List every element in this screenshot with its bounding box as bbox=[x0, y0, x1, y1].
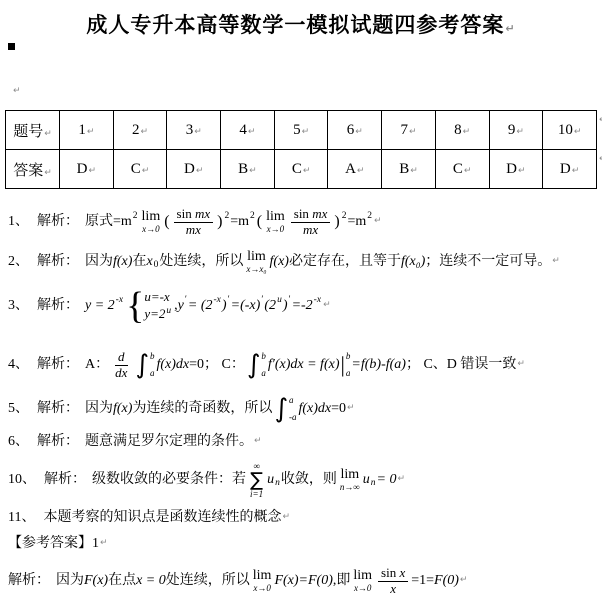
text: 因为 bbox=[85, 400, 113, 418]
integral-lower: -a bbox=[289, 412, 297, 423]
bar-limits: ba bbox=[346, 351, 351, 379]
integral-limits: ba bbox=[150, 351, 155, 379]
text: 本题考察的知识点是函数连续性的概念 bbox=[43, 509, 281, 527]
title-text: 成人专升本高等数学一模拟试题四参考答案 bbox=[86, 14, 504, 37]
cell-text: 1 bbox=[78, 122, 86, 138]
item-number: 11、 bbox=[8, 509, 35, 527]
math-text: sin bbox=[381, 565, 396, 580]
math-text: = 0 bbox=[377, 471, 397, 489]
case-row: y=2u bbox=[144, 306, 172, 323]
fraction-numerator: sin x bbox=[378, 566, 408, 582]
math-text: y = 2 bbox=[85, 297, 115, 315]
text: ,即 bbox=[333, 572, 351, 590]
cell-text: B bbox=[399, 161, 409, 177]
solution-line-3: 3、 解析： y = 2-x { u=-x y=2u , y′ = (2-x )… bbox=[8, 279, 602, 333]
table-cell: B↵ bbox=[382, 150, 436, 189]
integral: ∫a-a bbox=[274, 395, 296, 423]
fraction-denominator: dx bbox=[112, 366, 130, 381]
math-text: =0 bbox=[331, 400, 346, 418]
evaluation-bar: |ba bbox=[341, 351, 351, 379]
math-sub: 0 bbox=[154, 260, 159, 272]
lim-sub: x→x₀ bbox=[246, 265, 266, 274]
table-cell: D↵ bbox=[489, 150, 543, 189]
solution-line-10: 10、 解析： 级数收敛的必要条件：若 ∞∑i=1 un 收敛，则 limn→∞… bbox=[8, 455, 602, 505]
math-sup: ′ bbox=[228, 295, 230, 307]
text: 在 bbox=[132, 253, 146, 271]
paragraph-mark: ↵ bbox=[44, 129, 52, 139]
table-cell: 2↵ bbox=[113, 111, 167, 150]
item-number: 10、 bbox=[8, 471, 36, 489]
bar-upper: b bbox=[346, 351, 351, 362]
answers-table: 题号↵ 1↵ 2↵ 3↵ 4↵ 5↵ 6↵ 7↵ 8↵ 9↵ 10↵ 答案↵ D… bbox=[5, 110, 597, 189]
lim-word: lim bbox=[353, 569, 372, 583]
paragraph-mark: ↵ bbox=[282, 512, 290, 523]
table-row-question-numbers: 题号↵ 1↵ 2↵ 3↵ 4↵ 5↵ 6↵ 7↵ 8↵ 9↵ 10↵ bbox=[6, 111, 597, 150]
bar-icon: | bbox=[341, 354, 345, 376]
limit-block: limx→0 bbox=[253, 569, 272, 593]
math-sup: -x bbox=[214, 295, 221, 307]
jiexi-label: 解析： bbox=[37, 356, 79, 374]
paragraph-mark: ↵ bbox=[87, 127, 95, 137]
table-cell: B↵ bbox=[221, 150, 275, 189]
math-text: f(x)dx bbox=[156, 356, 189, 374]
text: 处连续，所以 bbox=[159, 253, 243, 271]
integral-upper: a bbox=[289, 395, 297, 406]
solutions-section: 1、 解析： 原式=m2 limx→0 ( sin mxmx )2 =m2 ( … bbox=[0, 199, 602, 605]
table-cell: C↵ bbox=[435, 150, 489, 189]
text: A： bbox=[85, 356, 109, 374]
paragraph-mark: ↵ bbox=[254, 436, 262, 447]
math-text: f(x) bbox=[113, 400, 132, 418]
fraction-denominator: x bbox=[387, 582, 399, 597]
math-text: F(0) bbox=[434, 572, 459, 590]
table-cell: A↵ bbox=[328, 150, 382, 189]
paragraph-mark: ↵ bbox=[505, 22, 515, 35]
math-text: =f(b)-f(a) bbox=[351, 356, 406, 374]
jiexi-label: 解析： bbox=[37, 400, 79, 418]
limit-block: limx→x₀ bbox=[246, 250, 266, 274]
integral-icon: ∫ bbox=[274, 396, 288, 422]
math-text: =m bbox=[230, 213, 249, 231]
paragraph-mark: ↵ bbox=[464, 166, 472, 176]
paren: ) bbox=[217, 212, 222, 232]
table-cell: D↵ bbox=[543, 150, 597, 189]
paragraph-mark: ↵ bbox=[355, 127, 363, 137]
cell-text: D bbox=[184, 161, 195, 177]
table-cell: 10↵ bbox=[543, 111, 597, 150]
table-cell: 9↵ bbox=[489, 111, 543, 150]
table-cell: C↵ bbox=[113, 150, 167, 189]
math-sup: 2 bbox=[367, 211, 372, 223]
text: 必定存在，且等于 bbox=[289, 253, 401, 271]
lim-sub: n→∞ bbox=[340, 483, 360, 492]
math-text: f(x) bbox=[270, 253, 289, 271]
math-sup: 2 bbox=[224, 211, 229, 223]
cell-text: 题号 bbox=[13, 124, 43, 140]
sigma-icon: ∑ bbox=[250, 471, 263, 490]
document-page: 成人专升本高等数学一模拟试题四参考答案↵ ↵ ↵ ↵ 题号↵ 1↵ 2↵ 3↵ … bbox=[0, 0, 602, 612]
jiexi-label: 解析： bbox=[37, 297, 79, 315]
fraction: sin mxmx bbox=[291, 207, 331, 238]
table-cell: 1↵ bbox=[60, 111, 114, 150]
fraction-denominator: mx bbox=[300, 223, 321, 238]
integral-upper: b bbox=[150, 351, 155, 362]
math-sup: 2 bbox=[133, 211, 138, 223]
integral: ∫ba bbox=[135, 351, 154, 379]
math-text: mx bbox=[312, 206, 327, 221]
table-cell: D↵ bbox=[167, 150, 221, 189]
paragraph-mark: ↵ bbox=[552, 256, 560, 267]
math-text: (2 bbox=[264, 297, 276, 315]
math-text: y bbox=[178, 297, 184, 315]
cell-text: 9 bbox=[508, 122, 516, 138]
text: 收敛，则 bbox=[281, 471, 337, 489]
paragraph-mark: ↵ bbox=[572, 166, 580, 176]
cell-text: C bbox=[131, 161, 141, 177]
math-text: x bbox=[399, 565, 405, 580]
math-sub: n bbox=[371, 478, 376, 490]
table-cell: C↵ bbox=[274, 150, 328, 189]
math-text: sin bbox=[177, 206, 192, 221]
paragraph-mark: ↵ bbox=[100, 538, 108, 549]
math-sup: 2 bbox=[342, 211, 347, 223]
fraction: sin xx bbox=[378, 566, 408, 597]
sum-lower: i=1 bbox=[250, 490, 263, 499]
math-text: f(x)dx bbox=[298, 400, 331, 418]
bar-lower: a bbox=[346, 368, 351, 379]
paragraph-mark: ↵ bbox=[88, 166, 96, 176]
fraction: sin mxmx bbox=[174, 207, 214, 238]
paragraph-mark: ↵ bbox=[374, 216, 382, 227]
paragraph-mark: ↵ bbox=[410, 166, 418, 176]
integral-lower: a bbox=[150, 368, 155, 379]
limit-block: limn→∞ bbox=[340, 468, 360, 492]
cell-text: 8 bbox=[454, 122, 462, 138]
paragraph-mark: ↵ bbox=[463, 127, 471, 137]
jiexi-label: 解析： bbox=[37, 213, 79, 231]
cell-text: 6 bbox=[347, 122, 355, 138]
paragraph-mark: ↵ bbox=[13, 86, 21, 96]
solution-line-1: 1、 解析： 原式=m2 limx→0 ( sin mxmx )2 =m2 ( … bbox=[8, 199, 602, 245]
cell-text: 3 bbox=[186, 122, 194, 138]
cell-text: 2 bbox=[132, 122, 140, 138]
paragraph-mark: ↵ bbox=[357, 166, 365, 176]
math-sup: -x bbox=[116, 295, 123, 307]
math-text: =-2 bbox=[292, 297, 313, 315]
math-text: =1= bbox=[411, 572, 434, 590]
table-cell: 8↵ bbox=[435, 111, 489, 150]
cell-text: C bbox=[453, 161, 463, 177]
solution-line-4: 4、 解析： A： ddx ∫ba f(x)dx =0 ； C： ∫ba f′(… bbox=[8, 341, 602, 389]
page-title: 成人专升本高等数学一模拟试题四参考答案↵ bbox=[0, 0, 602, 39]
solution-line-11: 11、 本题考察的知识点是函数连续性的概念 ↵ bbox=[8, 505, 602, 531]
math-text: f(x) bbox=[113, 253, 132, 271]
paren: ( bbox=[257, 212, 262, 232]
integral-limits: ba bbox=[261, 351, 266, 379]
paragraph-mark: ↵ bbox=[347, 403, 355, 414]
limit-block: limx→0 bbox=[142, 210, 161, 234]
paragraph-mark: ↵ bbox=[517, 359, 525, 370]
table-cell: D↵ bbox=[60, 150, 114, 189]
text: ； C、D 错误一致 bbox=[406, 356, 516, 374]
reference-answer-heading: 【参考答案】1 ↵ bbox=[8, 531, 602, 557]
solution-line-5: 5、 解析： 因为 f(x) 为连续的奇函数，所以 ∫a-a f(x)dx =0… bbox=[8, 389, 602, 429]
text: 因为 bbox=[56, 572, 84, 590]
case-row: u=-x bbox=[144, 289, 172, 306]
paragraph-mark: ↵ bbox=[196, 166, 204, 176]
math-text: f(x₀) bbox=[401, 253, 425, 271]
cases-block: { u=-x y=2u bbox=[126, 289, 172, 323]
item-number: 5、 bbox=[8, 400, 29, 418]
math-text: sin bbox=[294, 206, 309, 221]
solution-line-2: 2、 解析： 因为 f(x) 在 x0 处连续，所以 limx→x₀ f(x) … bbox=[8, 245, 602, 279]
paragraph-mark: ↵ bbox=[142, 166, 150, 176]
lim-sub: x→0 bbox=[267, 225, 285, 234]
text: 级数收敛的必要条件：若 bbox=[92, 471, 246, 489]
text: 为连续的奇函数，所以 bbox=[132, 400, 272, 418]
math-text: 原式=m bbox=[85, 213, 132, 231]
text: 在点 bbox=[108, 572, 136, 590]
math-text: u bbox=[363, 471, 370, 489]
table-cell: 答案↵ bbox=[6, 150, 60, 189]
cell-text: C bbox=[292, 161, 302, 177]
cell-text: 答案 bbox=[13, 163, 43, 179]
math-text: F(x) bbox=[84, 572, 108, 590]
paren: ( bbox=[164, 212, 169, 232]
solution-line-final: 解析： 因为 F(x) 在点 x = 0 处连续，所以 limx→0 F(x)=… bbox=[8, 557, 602, 605]
paragraph-mark: ↵ bbox=[302, 127, 310, 137]
cell-text: D bbox=[506, 161, 517, 177]
limit-block: limx→0 bbox=[266, 210, 285, 234]
jiexi-label: 解析： bbox=[37, 253, 79, 271]
text: 题意满足罗尔定理的条件。 bbox=[85, 433, 253, 451]
jiexi-label: 解析： bbox=[8, 572, 50, 590]
integral-upper: b bbox=[261, 351, 266, 362]
integral: ∫ba bbox=[247, 351, 266, 379]
math-sup: 2 bbox=[250, 211, 255, 223]
paragraph-mark: ↵ bbox=[574, 127, 582, 137]
paragraph-mark: ↵ bbox=[44, 168, 52, 178]
math-sup: u bbox=[166, 306, 171, 316]
cell-text: A bbox=[345, 161, 356, 177]
table-cell: 6↵ bbox=[328, 111, 382, 150]
math-text: ) bbox=[222, 297, 227, 315]
brace-icon: { bbox=[126, 289, 144, 323]
table-row-answers: 答案↵ D↵ C↵ D↵ B↵ C↵ A↵ B↵ C↵ D↵ D↵ bbox=[6, 150, 597, 189]
solution-line-6: 6、 解析： 题意满足罗尔定理的条件。 ↵ bbox=[8, 429, 602, 455]
cell-text: D bbox=[560, 161, 571, 177]
table-cell: 7↵ bbox=[382, 111, 436, 150]
paragraph-mark: ↵ bbox=[141, 127, 149, 137]
math-text: u bbox=[267, 471, 274, 489]
paragraph-mark: ↵ bbox=[249, 166, 257, 176]
item-number: 1、 bbox=[8, 213, 29, 231]
fraction: ddx bbox=[112, 350, 130, 381]
lim-sub: x→0 bbox=[142, 225, 160, 234]
lim-word: lim bbox=[266, 210, 285, 224]
math-text: f′(x)dx = f(x) bbox=[268, 356, 340, 374]
item-number: 3、 bbox=[8, 297, 29, 315]
text: ；连续不一定可导。 bbox=[425, 253, 551, 271]
cell-text: B bbox=[238, 161, 248, 177]
cell-text: 7 bbox=[400, 122, 408, 138]
table-cell: 3↵ bbox=[167, 111, 221, 150]
bullet-square-icon bbox=[8, 43, 15, 50]
paragraph-mark: ↵ bbox=[323, 300, 331, 311]
math-sub: n bbox=[275, 478, 280, 490]
paragraph-mark: ↵ bbox=[460, 575, 468, 586]
jiexi-label: 解析： bbox=[44, 471, 86, 489]
item-number: 6、 bbox=[8, 433, 29, 451]
cell-text: D bbox=[77, 161, 88, 177]
math-text: =0 bbox=[189, 356, 204, 374]
integral-lower: a bbox=[261, 368, 266, 379]
integral-icon: ∫ bbox=[247, 352, 261, 378]
paragraph-mark: ↵ bbox=[303, 166, 311, 176]
math-text: y=2 bbox=[144, 306, 165, 321]
integral-icon: ∫ bbox=[135, 352, 149, 378]
cell-text: 10 bbox=[558, 122, 573, 138]
math-sup: ′ bbox=[185, 295, 187, 307]
paragraph-mark: ↵ bbox=[397, 474, 405, 485]
lim-word: lim bbox=[253, 569, 272, 583]
cell-text: 4 bbox=[239, 122, 247, 138]
summation-block: ∞∑i=1 bbox=[250, 462, 263, 499]
fraction-numerator: sin mx bbox=[174, 207, 214, 223]
fraction-denominator: mx bbox=[183, 223, 204, 238]
math-text: =(-x) bbox=[231, 297, 261, 315]
lim-sub: x→0 bbox=[354, 584, 372, 593]
jiexi-label: 解析： bbox=[37, 433, 79, 451]
math-sup: u bbox=[277, 295, 282, 307]
cases-rows: u=-x y=2u bbox=[144, 289, 172, 323]
math-text: ) bbox=[283, 297, 288, 315]
integral-limits: a-a bbox=[289, 395, 297, 423]
cell-text: 5 bbox=[293, 122, 301, 138]
fraction-numerator: sin mx bbox=[291, 207, 331, 223]
text: ； C： bbox=[204, 356, 245, 374]
lim-word: lim bbox=[247, 250, 266, 264]
paragraph-mark: ↵ bbox=[248, 127, 256, 137]
lim-word: lim bbox=[340, 468, 359, 482]
math-text: = (2 bbox=[188, 297, 213, 315]
table-cell: 4↵ bbox=[221, 111, 275, 150]
paragraph-mark: ↵ bbox=[409, 127, 417, 137]
fraction-numerator: d bbox=[115, 350, 128, 366]
math-text: =m bbox=[347, 213, 366, 231]
limit-block: limx→0 bbox=[353, 569, 372, 593]
math-text: x = 0 bbox=[136, 572, 166, 590]
text: 因为 bbox=[85, 253, 113, 271]
math-sup: ′ bbox=[261, 295, 263, 307]
item-number: 4、 bbox=[8, 356, 29, 374]
paren: ) bbox=[334, 212, 339, 232]
math-text: x bbox=[146, 253, 152, 271]
table-cell: 5↵ bbox=[274, 111, 328, 150]
text: 处连续，所以 bbox=[166, 572, 250, 590]
paragraph-mark: ↵ bbox=[518, 166, 526, 176]
lim-sub: x→0 bbox=[253, 584, 271, 593]
item-number: 2、 bbox=[8, 253, 29, 271]
table-cell: 题号↵ bbox=[6, 111, 60, 150]
math-sup: -x bbox=[314, 295, 321, 307]
math-text: F(x)=F(0) bbox=[274, 572, 332, 590]
paragraph-mark: ↵ bbox=[516, 127, 524, 137]
lim-word: lim bbox=[142, 210, 161, 224]
text: 【参考答案】1 bbox=[8, 535, 99, 553]
math-text: mx bbox=[195, 206, 210, 221]
math-sup: ′ bbox=[288, 295, 290, 307]
paragraph-mark: ↵ bbox=[194, 127, 202, 137]
